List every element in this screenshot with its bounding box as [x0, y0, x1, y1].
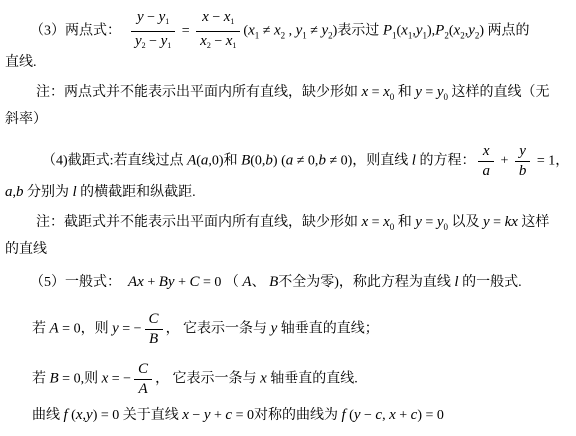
- para-case-a-zero: 若 A = 0，则 y = −CB， 它表示一条与 y 轴垂直的直线；: [32, 311, 379, 348]
- text-run: 轴垂直的直线.: [267, 372, 358, 387]
- math-run: C: [149, 311, 159, 327]
- text-run: = 0，则: [59, 322, 112, 337]
- math-run: y: [468, 23, 475, 39]
- math-run: y: [416, 23, 423, 39]
- text-run: （5）一般式：: [30, 275, 128, 290]
- text-run: 表示过: [337, 24, 383, 39]
- text-run: = 0,则: [59, 372, 102, 387]
- math-run: b: [519, 163, 527, 179]
- fraction-denominator: a: [478, 162, 494, 180]
- fraction-denominator: A: [134, 380, 152, 398]
- text-run: 的横截距和纵截距.: [77, 185, 196, 200]
- text-run: (: [346, 408, 354, 423]
- fraction-numerator: C: [145, 311, 163, 330]
- math-run: P: [435, 23, 444, 39]
- math-run: x: [389, 407, 396, 423]
- subscript-run: 1: [230, 17, 234, 26]
- text-run: =: [422, 215, 437, 230]
- math-run: B: [50, 371, 59, 387]
- math-run: y: [415, 214, 422, 230]
- fraction-denominator: b: [515, 162, 531, 180]
- para-note-two-point: 注：两点式并不能表示出平面内所有直线，缺少形如 x = x0 和 y = y0 …: [36, 82, 550, 107]
- math-run: x: [260, 371, 267, 387]
- text-run: −: [144, 10, 159, 25]
- math-run: y: [483, 214, 490, 230]
- text-run: = 0对称的曲线为: [232, 408, 341, 423]
- text-run: = 0 （: [199, 275, 242, 290]
- math-run: y: [137, 9, 144, 25]
- math-run: A: [242, 274, 251, 290]
- text-run: 和: [394, 215, 415, 230]
- text-run: −: [146, 34, 161, 49]
- math-run: x: [401, 23, 408, 39]
- fraction-numerator: C: [134, 361, 152, 380]
- para-general-form: （5）一般式： Ax + By + C = 0 （ A、 B不全为零)，称此方程…: [30, 272, 522, 293]
- math-run: y: [135, 33, 142, 49]
- math-run: By: [159, 274, 175, 290]
- text-run: =: [368, 215, 383, 230]
- math-run: y: [415, 84, 422, 100]
- math-run: y: [204, 407, 211, 423]
- math-run: x: [202, 9, 209, 25]
- text-run: 两点的: [484, 24, 530, 39]
- math-run: b: [318, 153, 326, 169]
- text-run: ) (: [273, 154, 286, 169]
- math-run: A: [187, 153, 196, 169]
- text-run: +: [175, 275, 190, 290]
- document-page: （3）两点式： y − y1y2 − y1 = x − x1x2 − x1(x1…: [0, 0, 576, 436]
- math-run: P: [383, 23, 392, 39]
- para-symmetric-curve: 曲线 f (x,y) = 0 关于直线 x − y + c = 0对称的曲线为 …: [32, 405, 444, 426]
- para-case-b-zero: 若 B = 0,则 x = −CA， 它表示一条与 x 轴垂直的直线.: [32, 361, 358, 398]
- fraction: CA: [134, 361, 152, 398]
- text-run: 这样: [518, 215, 550, 230]
- math-run: x: [383, 84, 390, 100]
- text-run: = −: [108, 372, 131, 387]
- text-run: ≠: [307, 24, 322, 39]
- text-run: (: [68, 408, 76, 423]
- fraction: y − y1y2 − y1: [131, 9, 175, 54]
- text-run: 若: [32, 322, 50, 337]
- text-run: ， 它表示一条与: [155, 372, 260, 387]
- math-run: A: [138, 381, 147, 397]
- math-run: Ax: [128, 274, 144, 290]
- text-run: 注：截距式并不能表示出平面内所有直线，缺少形如: [36, 215, 362, 230]
- para-no-slope: 斜率）: [5, 110, 47, 130]
- fraction-numerator: y − y1: [131, 9, 175, 32]
- text-run: 、: [252, 275, 270, 290]
- math-run: C: [138, 361, 148, 377]
- text-run: ) = 0 关于直线: [93, 408, 183, 423]
- fraction: x − x1x2 − x1: [196, 9, 240, 54]
- fraction-numerator: x − x1: [196, 9, 240, 32]
- fraction-denominator: y2 − y1: [131, 32, 175, 54]
- text-run: ， 它表示一条与: [166, 322, 271, 337]
- text-run: =: [368, 85, 383, 100]
- subscript-run: 1: [167, 41, 171, 50]
- para-intercept-form: （4)截距式:若直线过点 A(a,0)和 B(0,b) (a ≠ 0,b ≠ 0…: [42, 143, 569, 180]
- math-run: B: [269, 274, 278, 290]
- text-run: =: [490, 215, 505, 230]
- para-note-intercept: 注：截距式并不能表示出平面内所有直线，缺少形如 x = x0 和 y = y0 …: [36, 212, 549, 237]
- text-run: ≠ 0,: [293, 154, 318, 169]
- text-run: +: [497, 154, 512, 169]
- text-run: −: [209, 10, 224, 25]
- math-run: x: [274, 23, 281, 39]
- text-run: 的直线: [5, 242, 47, 257]
- text-run: = −: [119, 322, 142, 337]
- math-run: y: [519, 143, 526, 159]
- math-run: A: [50, 321, 59, 337]
- text-run: =: [178, 24, 193, 39]
- math-run: x: [200, 33, 207, 49]
- text-run: +: [144, 275, 159, 290]
- fraction: xa: [478, 143, 494, 180]
- math-run: kx: [505, 214, 518, 230]
- text-run: ≠: [259, 24, 274, 39]
- para-line-continuation: 直线.: [5, 53, 37, 73]
- math-run: y: [437, 84, 444, 100]
- math-run: B: [241, 153, 250, 169]
- text-run: +: [211, 408, 226, 423]
- text-run: ) = 0: [417, 408, 444, 423]
- text-run: （4)截距式:若直线过点: [42, 154, 187, 169]
- fraction-denominator: B: [145, 330, 163, 348]
- text-run: 注：两点式并不能表示出平面内所有直线，缺少形如: [36, 85, 362, 100]
- text-run: ,0)和: [208, 154, 241, 169]
- math-run: x: [483, 143, 490, 159]
- math-run: C: [189, 274, 199, 290]
- math-run: x: [182, 407, 189, 423]
- fraction: yb: [515, 143, 531, 180]
- text-run: ),: [427, 24, 435, 39]
- text-run: ≠ 0)，则直线: [326, 154, 412, 169]
- text-run: =: [422, 85, 437, 100]
- math-run: x: [248, 23, 255, 39]
- math-run: y: [437, 214, 444, 230]
- text-run: (0,: [250, 154, 265, 169]
- math-run: a: [5, 184, 13, 200]
- fraction: CB: [145, 311, 163, 348]
- subscript-run: 1: [232, 41, 236, 50]
- text-run: 的一般式.: [459, 275, 522, 290]
- fraction-numerator: y: [515, 143, 531, 162]
- text-run: 轴垂直的直线；: [277, 322, 379, 337]
- text-run: 斜率）: [5, 112, 47, 127]
- text-run: 以及: [448, 215, 483, 230]
- text-run: ,: [285, 24, 296, 39]
- para-intercept-desc: a,b 分别为 l 的横截距和纵截距.: [5, 182, 196, 203]
- math-run: x: [76, 407, 83, 423]
- math-run: a: [482, 163, 490, 179]
- text-run: = 1，: [533, 154, 569, 169]
- math-run: x: [383, 214, 390, 230]
- text-run: +: [396, 408, 411, 423]
- math-run: y: [86, 407, 93, 423]
- text-run: 直线.: [5, 55, 37, 70]
- math-run: y: [112, 321, 119, 337]
- text-run: −: [211, 34, 226, 49]
- math-run: b: [265, 153, 273, 169]
- text-run: 曲线: [32, 408, 64, 423]
- text-run: 不全为零)，称此方程为直线: [278, 275, 454, 290]
- subscript-run: 1: [165, 17, 169, 26]
- text-run: 分别为: [24, 185, 73, 200]
- math-run: B: [149, 331, 158, 347]
- text-run: 若: [32, 372, 50, 387]
- para-two-point-form: （3）两点式： y − y1y2 − y1 = x − x1x2 − x1(x1…: [30, 9, 530, 54]
- text-run: 的方程：: [416, 154, 476, 169]
- text-run: −: [189, 408, 204, 423]
- math-run: b: [16, 184, 24, 200]
- text-run: （3）两点式：: [30, 24, 128, 39]
- text-run: −: [361, 408, 376, 423]
- fraction-denominator: x2 − x1: [196, 32, 240, 54]
- math-run: y: [354, 407, 361, 423]
- text-run: 和: [394, 85, 415, 100]
- text-run: 这样的直线（无: [448, 85, 550, 100]
- para-line-continuation-2: 的直线: [5, 240, 47, 260]
- fraction-numerator: x: [478, 143, 494, 162]
